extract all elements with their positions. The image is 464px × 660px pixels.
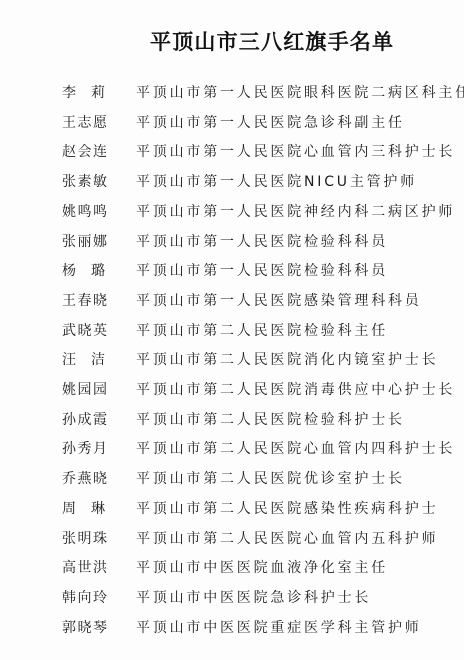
list-item: 汪洁 平顶山市第二人民医院消化内镜室护士长 (0, 347, 464, 373)
honoree-position: 平顶山市第二人民医院心血管内四科护士长 (136, 436, 455, 462)
honoree-name: 张明珠 (62, 526, 122, 552)
list-item: 孙秀月 平顶山市第二人民医院心血管内四科护士长 (0, 436, 464, 462)
honoree-position: 平顶山市第一人民医院NICU主管护师 (136, 169, 417, 195)
honoree-name: 王春晓 (62, 288, 122, 314)
list-item: 乔燕晓 平顶山市第二人民医院优诊室护士长 (0, 466, 464, 492)
list-item: 张明珠 平顶山市第二人民医院心血管内五科护师 (0, 526, 464, 552)
honoree-name: 武晓英 (62, 318, 122, 344)
list-item: 王志愿 平顶山市第一人民医院急诊科副主任 (0, 110, 464, 136)
list-item: 李莉 平顶山市第一人民医院眼科医院二病区科主任 (0, 80, 464, 106)
honoree-position: 平顶山市第二人民医院检验科主任 (136, 318, 388, 344)
honoree-name: 姚鸣鸣 (62, 199, 122, 225)
honoree-position: 平顶山市第一人民医院心血管内三科护士长 (136, 139, 455, 165)
honoree-name: 乔燕晓 (62, 466, 122, 492)
list-item: 姚园园 平顶山市第二人民医院消毒供应中心护士长 (0, 377, 464, 403)
honoree-name: 王志愿 (62, 110, 122, 136)
honoree-name: 孙秀月 (62, 436, 122, 462)
list-item: 周琳 平顶山市第二人民医院感染性疾病科护士 (0, 496, 464, 522)
honoree-position: 平顶山市中医医院重症医学科主管护师 (136, 615, 422, 641)
honoree-position: 平顶山市第二人民医院感染性疾病科护士 (136, 496, 438, 522)
list-item: 杨璐 平顶山市第一人民医院检验科科员 (0, 258, 464, 284)
honoree-name: 杨璐 (62, 258, 122, 284)
honoree-name: 汪洁 (62, 347, 122, 373)
honoree-position: 平顶山市第二人民医院消毒供应中心护士长 (136, 377, 455, 403)
honoree-position: 平顶山市第一人民医院检验科科员 (136, 258, 388, 284)
list-item: 王春晓 平顶山市第一人民医院感染管理科科员 (0, 288, 464, 314)
honoree-position: 平顶山市第一人民医院检验科科员 (136, 229, 388, 255)
honoree-name: 李莉 (62, 80, 122, 106)
honoree-position: 平顶山市中医医院血液净化室主任 (136, 555, 388, 581)
honoree-position: 平顶山市第二人民医院检验科护士长 (136, 407, 405, 433)
honoree-name: 孙成霞 (62, 407, 122, 433)
list-item: 张丽娜 平顶山市第一人民医院检验科科员 (0, 229, 464, 255)
document-title: 平顶山市三八红旗手名单 (150, 26, 400, 56)
list-item: 孙成霞 平顶山市第二人民医院检验科护士长 (0, 407, 464, 433)
honoree-name: 郭晓琴 (62, 615, 122, 641)
honoree-name: 高世洪 (62, 555, 122, 581)
list-item: 武晓英 平顶山市第二人民医院检验科主任 (0, 318, 464, 344)
honoree-name: 周琳 (62, 496, 122, 522)
list-item: 郭晓琴 平顶山市中医医院重症医学科主管护师 (0, 615, 464, 641)
honoree-position: 平顶山市第一人民医院神经内科二病区护师 (136, 199, 455, 225)
honoree-position: 平顶山市第一人民医院眼科医院二病区科主任 (136, 80, 464, 106)
list-item: 高世洪 平顶山市中医医院血液净化室主任 (0, 555, 464, 581)
honoree-position: 平顶山市第二人民医院优诊室护士长 (136, 466, 405, 492)
honoree-position: 平顶山市第二人民医院消化内镜室护士长 (136, 347, 438, 373)
list-item: 韩向玲 平顶山市中医医院急诊科护士长 (0, 585, 464, 611)
honoree-name: 张素敏 (62, 169, 122, 195)
list-item: 姚鸣鸣 平顶山市第一人民医院神经内科二病区护师 (0, 199, 464, 225)
honoree-name: 韩向玲 (62, 585, 122, 611)
honoree-position: 平顶山市第一人民医院感染管理科科员 (136, 288, 422, 314)
honoree-position: 平顶山市第一人民医院急诊科副主任 (136, 110, 405, 136)
honoree-position: 平顶山市第二人民医院心血管内五科护师 (136, 526, 438, 552)
honoree-name: 赵会连 (62, 139, 122, 165)
list-item: 赵会连 平顶山市第一人民医院心血管内三科护士长 (0, 139, 464, 165)
document-page: 平顶山市三八红旗手名单 李莉 平顶山市第一人民医院眼科医院二病区科主任 王志愿 … (0, 0, 464, 660)
list-item: 张素敏 平顶山市第一人民医院NICU主管护师 (0, 169, 464, 195)
honoree-name: 姚园园 (62, 377, 122, 403)
honoree-name: 张丽娜 (62, 229, 122, 255)
honoree-position: 平顶山市中医医院急诊科护士长 (136, 585, 371, 611)
